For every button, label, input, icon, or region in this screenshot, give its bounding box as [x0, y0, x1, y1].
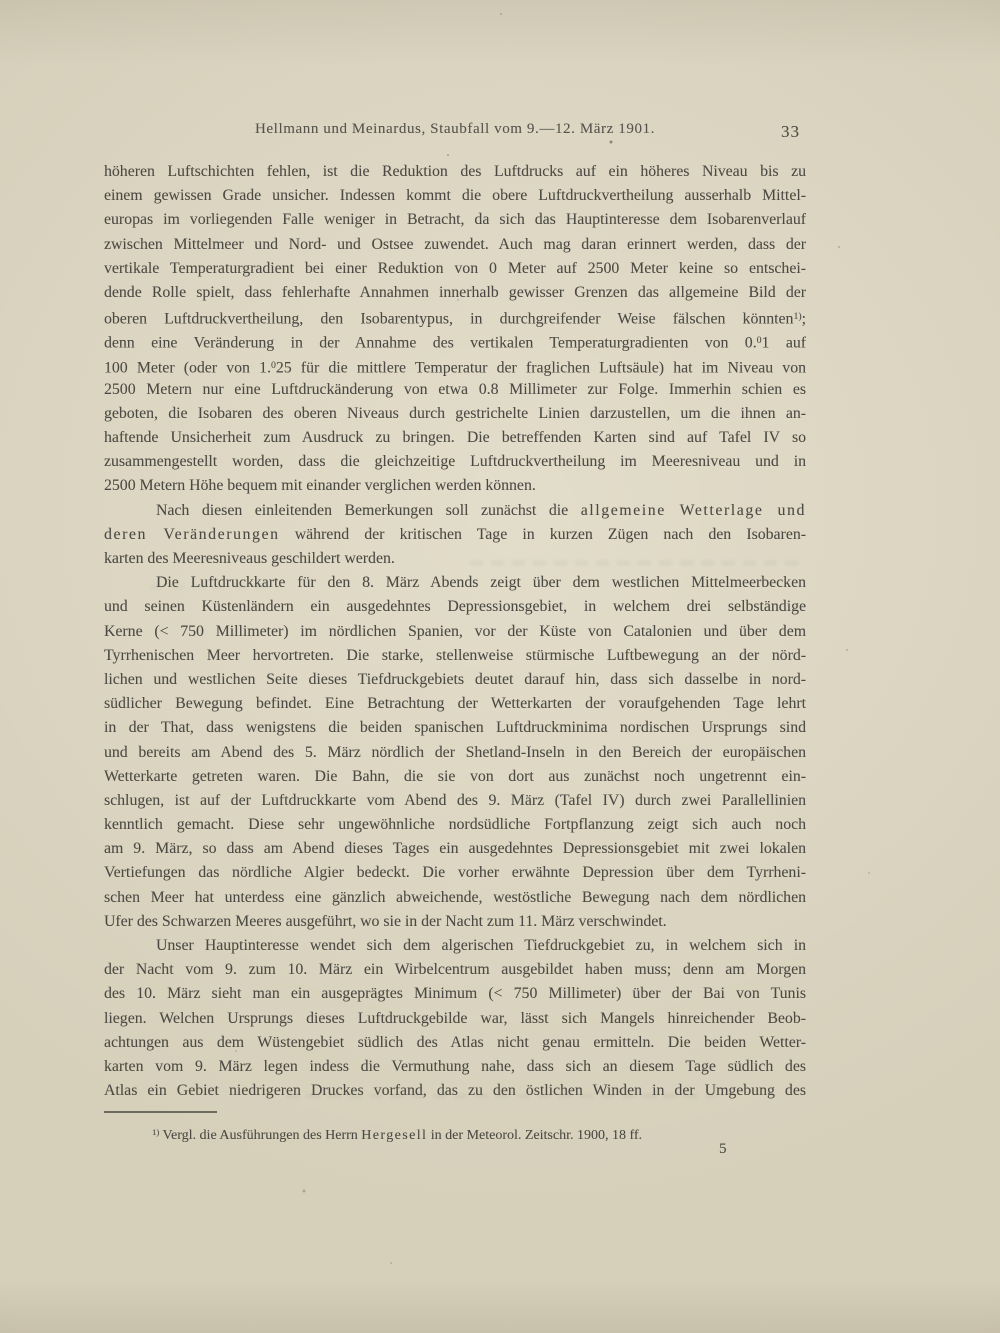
text-line: Unser Hauptinteresse wendet sich dem alg… [104, 934, 806, 958]
text-line: haftende Unsicherheit zum Ausdruck zu br… [104, 426, 806, 450]
book-page: Hellmann und Meinardus, Staubfall vom 9.… [0, 0, 1000, 1333]
text-line: schlugen, ist auf der Luftdruckkarte vom… [104, 789, 806, 813]
text-segment: schlugen, ist auf der Luftdruckkarte vom… [104, 792, 806, 809]
text-segment: lichen und westlichen Seite dieses Tiefd… [104, 671, 806, 688]
footnote: 1) Vergl. die Ausführungen des Herrn Her… [104, 1122, 806, 1146]
body-text: höheren Luftschichten fehlen, ist die Re… [104, 160, 806, 1103]
text-line: Nach diesen einleitenden Bemerkungen sol… [104, 499, 806, 523]
text-segment: am 9. März, so dass am Abend dieses Tage… [104, 840, 806, 857]
text-line: zwischen Mittelmeer und Nord- und Ostsee… [104, 233, 806, 257]
show-through-mark [150, 585, 280, 589]
text-line: deren Veränderungen während der kritisch… [104, 523, 806, 547]
text-segment: und seinen Küstenländern ein ausgedehnte… [104, 598, 806, 615]
text-line: in der That, dass wenigstens die beiden … [104, 716, 806, 740]
text-line: kenntlich gemacht. Diese sehr ungewöhnli… [104, 813, 806, 837]
paragraph: höheren Luftschichten fehlen, ist die Re… [104, 160, 806, 499]
text-segment: der Nacht vom 9. zum 10. März ein Wirbel… [104, 961, 806, 978]
text-segment: kenntlich gemacht. Diese sehr ungewöhnli… [104, 816, 806, 833]
text-segment: Tyrrhenischen Meer hervortreten. Die sta… [104, 647, 806, 664]
text-line: denn eine Veränderung in der Annahme des… [104, 329, 806, 353]
text-segment: denn eine Veränderung in der Annahme des… [104, 335, 757, 352]
text-segment: 25 für die mittlere Temperatur der fragl… [276, 359, 806, 376]
footnote-rule [104, 1111, 217, 1113]
text-line: Vertiefungen das nördliche Algier bedeck… [104, 861, 806, 885]
text-line: europas im vorliegenden Falle weniger in… [104, 208, 806, 232]
paragraph: Die Luftdruckkarte für den 8. März Abend… [104, 571, 806, 934]
text-line: vertikale Temperaturgradient bei einer R… [104, 257, 806, 281]
text-segment: des 10. März sieht man ein ausgeprägtes … [104, 985, 806, 1002]
text-line: der Nacht vom 9. zum 10. März ein Wirbel… [104, 958, 806, 982]
text-line: lichen und westlichen Seite dieses Tiefd… [104, 668, 806, 692]
text-segment: 1) [793, 311, 801, 322]
text-line: karten vom 9. März legen indess die Verm… [104, 1055, 806, 1079]
text-segment: karten vom 9. März legen indess die Verm… [104, 1058, 806, 1075]
text-segment: allgemeine Wetterlage und [581, 502, 806, 519]
text-segment: in der Meteorol. Zeitschr. 1900, 18 ff. [427, 1128, 642, 1143]
show-through-mark [470, 561, 802, 565]
text-line: südlicher Bewegung befindet. Eine Betrac… [104, 692, 806, 716]
page-number: 33 [781, 122, 800, 142]
text-line: geboten, die Isobaren des oberen Niveaus… [104, 402, 806, 426]
text-segment: vertikale Temperaturgradient bei einer R… [104, 260, 806, 277]
text-segment: 2500 Metern nur eine Luftdruckänderung v… [104, 381, 806, 398]
text-segment: europas im vorliegenden Falle weniger in… [104, 211, 806, 228]
text-segment: Unser Hauptinteresse wendet sich dem alg… [156, 937, 806, 954]
text-segment: Kerne (< 750 Millimeter) im nördlichen S… [104, 623, 806, 640]
text-segment: Hergesell [361, 1128, 427, 1143]
running-header: Hellmann und Meinardus, Staubfall vom 9.… [104, 121, 806, 138]
text-segment: einem gewissen Grade unsicher. Indessen … [104, 187, 806, 204]
text-segment: 100 Meter (oder von 1. [104, 359, 271, 376]
text-line: höheren Luftschichten fehlen, ist die Re… [104, 160, 806, 184]
text-line: 2500 Metern Höhe bequem mit einander ver… [104, 474, 806, 498]
text-segment: Vergl. die Ausführungen des Herrn [159, 1128, 361, 1143]
text-line: einem gewissen Grade unsicher. Indessen … [104, 184, 806, 208]
text-segment: in der That, dass wenigstens die beiden … [104, 719, 806, 736]
text-line: am 9. März, so dass am Abend dieses Tage… [104, 837, 806, 861]
text-segment: dende Rolle spielt, dass fehlerhafte Ann… [104, 284, 806, 301]
text-line: und bereits am Abend des 5. März nördlic… [104, 741, 806, 765]
text-segment: Ufer des Schwarzen Meeres ausgeführt, wo… [104, 913, 667, 930]
text-segment: zwischen Mittelmeer und Nord- und Ostsee… [104, 236, 806, 253]
text-segment: liegen. Welchen Ursprungs dieses Luftdru… [104, 1010, 806, 1027]
text-segment: geboten, die Isobaren des oberen Niveaus… [104, 405, 806, 422]
show-through-mark [286, 1094, 716, 1098]
text-segment: Wetterkarte getreten waren. Die Bahn, di… [104, 768, 806, 785]
text-line: 2500 Metern nur eine Luftdruckänderung v… [104, 378, 806, 402]
text-segment: oberen Luftdruckvertheilung, den Isobare… [104, 311, 793, 328]
text-line: dende Rolle spielt, dass fehlerhafte Ann… [104, 281, 806, 305]
text-line: schen Meer hat unterdess eine gänzlich a… [104, 886, 806, 910]
text-segment: höheren Luftschichten fehlen, ist die Re… [104, 163, 806, 180]
text-line: liegen. Welchen Ursprungs dieses Luftdru… [104, 1007, 806, 1031]
text-segment: achtungen aus dem Wüstengebiet südlich d… [104, 1034, 806, 1051]
text-line: Wetterkarte getreten waren. Die Bahn, di… [104, 765, 806, 789]
text-line: und seinen Küstenländern ein ausgedehnte… [104, 595, 806, 619]
text-line: Tyrrhenischen Meer hervortreten. Die sta… [104, 644, 806, 668]
text-segment: ; [802, 311, 806, 328]
text-segment: 2500 Metern Höhe bequem mit einander ver… [104, 477, 536, 494]
text-line: 100 Meter (oder von 1.025 für die mittle… [104, 354, 806, 378]
text-segment: südlicher Bewegung befindet. Eine Betrac… [104, 695, 806, 712]
text-segment: haftende Unsicherheit zum Ausdruck zu br… [104, 429, 806, 446]
paragraph: Unser Hauptinteresse wendet sich dem alg… [104, 934, 806, 1103]
text-line: zusammengestellt worden, dass die gleich… [104, 450, 806, 474]
text-line: karten des Meeresniveaus geschildert wer… [104, 547, 806, 571]
text-line: des 10. März sieht man ein ausgeprägtes … [104, 982, 806, 1006]
text-line: Ufer des Schwarzen Meeres ausgeführt, wo… [104, 910, 806, 934]
text-segment: schen Meer hat unterdess eine gänzlich a… [104, 889, 806, 906]
text-line: Die Luftdruckkarte für den 8. März Abend… [104, 571, 806, 595]
text-line: Atlas ein Gebiet niedrigeren Druckes vor… [104, 1079, 806, 1103]
text-segment: Nach diesen einleitenden Bemerkungen sol… [156, 502, 581, 519]
text-segment: zusammengestellt worden, dass die gleich… [104, 453, 806, 470]
text-segment: deren Veränderungen [104, 526, 280, 543]
paper-speck [0, 0, 2, 2]
text-line: achtungen aus dem Wüstengebiet südlich d… [104, 1031, 806, 1055]
text-line: Kerne (< 750 Millimeter) im nördlichen S… [104, 620, 806, 644]
signature-mark: 5 [719, 1141, 727, 1158]
text-segment: Vertiefungen das nördliche Algier bedeck… [104, 864, 806, 881]
text-segment: 1 auf [762, 335, 806, 352]
text-segment: während der kritischen Tage in kurzen Zü… [280, 526, 806, 543]
text-line: oberen Luftdruckvertheilung, den Isobare… [104, 305, 806, 329]
text-segment: karten des Meeresniveaus geschildert wer… [104, 550, 395, 567]
text-segment: und bereits am Abend des 5. März nördlic… [104, 744, 806, 761]
